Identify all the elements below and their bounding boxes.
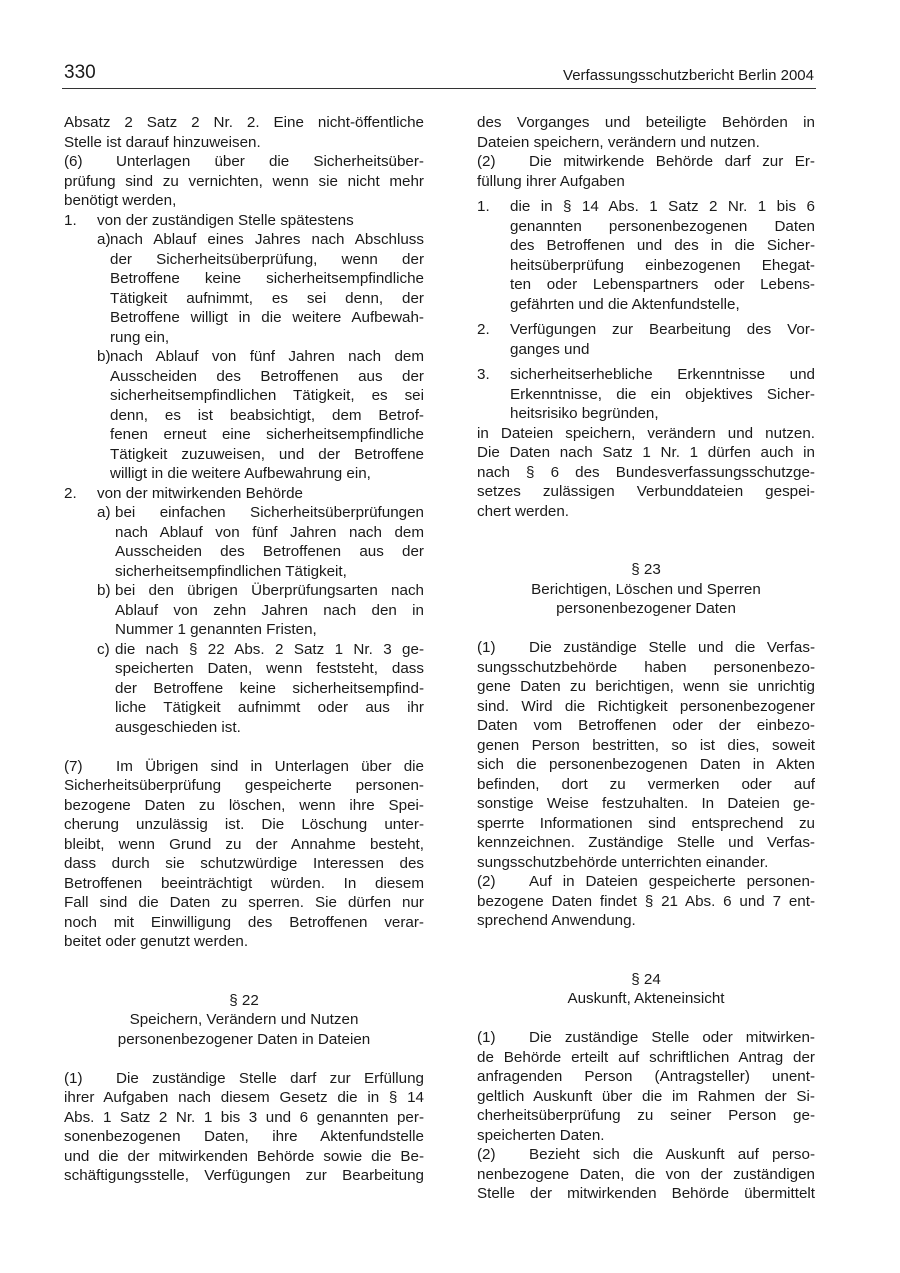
text-line: Stelle der mitwirkenden Behörde übermitt… [477,1184,815,1204]
text-line: cherung unzulässig ist. Die Löschung unt… [64,815,424,835]
text-line: sonstige Weise festzuhalten. In Dateien … [477,794,815,814]
text-line: Absatz 2 Satz 2 Nr. 2. Eine nicht-öffent… [64,113,424,133]
text-line: Erkenntnisse, die ein objektives Sicher- [477,385,815,405]
paragraph-7: (7)Im Übrigen sind in Unterlagen über di… [64,757,424,952]
running-title: Verfassungsschutzbericht Berlin 2004 [563,67,814,84]
list-marker: 2. [477,320,490,340]
paragraph-2: (2)Die mitwirkende Behörde darf zur Er- … [477,152,815,191]
sub-marker: a) [97,230,111,250]
text-line: der Sicherheitsüberprüfung, wenn der [64,250,424,270]
text-line: Fall sind die Daten zu sperren. Sie dürf… [64,893,424,913]
left-column: Absatz 2 Satz 2 Nr. 2. Eine nicht-öffent… [64,113,424,1186]
text-line: nach Ablauf von fünf Jahren nach dem [64,523,424,543]
text-line: Abs. 1 Satz 2 Nr. 1 bis 3 und 6 genannte… [64,1108,424,1128]
text-line: Bezieht sich die Auskunft auf perso- [529,1145,815,1165]
text-line: ausgeschieden ist. [64,718,424,738]
sub-item-1b: b) nach Ablauf von fünf Jahren nach dem … [64,347,424,484]
paragraph-marker: (1) [477,638,529,658]
text-line: gefährten und die Aktenfundstelle, [477,295,815,315]
text-line: bleibt, wenn Grund zu der Annahme besteh… [64,835,424,855]
text-line: Ausscheiden des Betroffenen aus der [64,542,424,562]
text-line: sungsschutzbehörde unterrichten einander… [477,853,815,873]
text-line: Die zuständige Stelle und die Verfas- [529,638,815,658]
text-line: die in § 14 Abs. 1 Satz 2 Nr. 1 bis 6 [477,197,815,217]
text-line: Betroffene willigt in die weitere Aufbew… [64,308,424,328]
section-23-paragraph-1: (1)Die zuständige Stelle und die Verfas-… [477,638,815,872]
text-line: sperrte Informationen sind entsprechend … [477,814,815,834]
text-line: Unterlagen über die Sicherheitsüber- [116,152,424,172]
paragraph-marker: (1) [477,1028,529,1048]
text-line: Ablauf von zehn Jahren nach den in [64,601,424,621]
list-item-2: 2. Verfügungen zur Bearbeitung des Vor- … [477,320,815,359]
paragraph-marker: (2) [477,1145,529,1165]
text-line: rung ein, [64,328,424,348]
list-item-1: 1. die in § 14 Abs. 1 Satz 2 Nr. 1 bis 6… [477,197,815,314]
text-line: Die zuständige Stelle darf zur Erfüllung [116,1069,424,1089]
text-line: Im Übrigen sind in Unterlagen über die [116,757,424,777]
text-line: speicherten Daten. [477,1126,815,1146]
text-line: chert werden. [477,502,815,522]
text-line: beitet oder genutzt werden. [64,932,424,952]
list-marker: 3. [477,365,490,385]
text-line: Die mitwirkende Behörde darf zur Er- [529,152,815,172]
list-item-1: 1. von der zuständigen Stelle spätestens [64,211,424,231]
text-line: heitsrisiko begründen, [477,404,815,424]
section-22-heading: § 22 Speichern, Verändern und Nutzen per… [64,991,424,1050]
text-line: Auf in Dateien gespeicherte personen- [529,872,815,892]
sub-marker: b) [97,347,111,367]
section-23-paragraph-2: (2)Auf in Dateien gespeicherte personen-… [477,872,815,931]
text-line: Nummer 1 genannten Fristen, [64,620,424,640]
text-line: nenbezogene Daten, die von der zuständig… [477,1165,815,1185]
section-title: Auskunft, Akteneinsicht [477,989,815,1009]
text-line: Sicherheitsüberprüfung gespeicherte pers… [64,776,424,796]
text-line: setzes zulässigen Verbunddateien gespei- [477,482,815,502]
section-title: personenbezogener Daten in Dateien [64,1030,424,1050]
list-marker: 1. [477,197,490,217]
text-line: Tätigkeit zuzuweisen, und der Betroffene [64,445,424,465]
text-line: Dateien speichern, verändern und nutzen. [477,133,815,153]
section-title: Speichern, Verändern und Nutzen [64,1010,424,1030]
text-line: bei den übrigen Überprüfungsarten nach [64,581,424,601]
text-line: liche Tätigkeit aufnimmt oder aus ihr [64,698,424,718]
text-line: ihrer Aufgaben nach diesem Gesetz die in… [64,1088,424,1108]
text-line: geltlich Auskunft über die im Rahmen der… [477,1087,815,1107]
text-line: dass durch sie schutzwürdige Interessen … [64,854,424,874]
right-column: des Vorganges und beteiligte Behörden in… [477,113,815,1204]
text-line: des Betroffenen und des in die Sicher- [477,236,815,256]
text-line: fenen erneut eine sicherheitsempfindlich… [64,425,424,445]
text-line: genen Person bestritten, so ist dies, so… [477,736,815,756]
text-line: denn, es ist beabsichtigt, dem Betrof- [64,406,424,426]
text-line: Ausscheiden des Betroffenen aus der [64,367,424,387]
text-line: schäftigungsstelle, Verfügungen zur Bear… [64,1166,424,1186]
text-line: bezogene Daten zu löschen, wenn ihre Spe… [64,796,424,816]
text-line: genannten personenbezogenen Daten [477,217,815,237]
text-line: ganges und [477,340,815,360]
text-line: sich die personenbezogenen Daten in Akte… [477,755,815,775]
sub-marker: a) [97,503,111,523]
text-line: cherheitsüberprüfung zu seiner Person ge… [477,1106,815,1126]
text-line: sungsschutzbehörde haben personenbezo- [477,658,815,678]
text-line: nach § 6 des Bundesverfassungsschutzge- [477,463,815,483]
paragraph-marker: (1) [64,1069,116,1089]
text-line: bei einfachen Sicherheitsüberprüfungen [64,503,424,523]
text-line: nach Ablauf eines Jahres nach Abschluss [64,230,424,250]
section-22-paragraph-1: (1)Die zuständige Stelle darf zur Erfüll… [64,1069,424,1186]
text-line: sind. Wird die Richtigkeit personenbezog… [477,697,815,717]
section-number: § 23 [477,560,815,580]
text-line: von der mitwirkenden Behörde [64,484,424,504]
text-line: Betroffene keine sicherheitsempfindliche [64,269,424,289]
section-title: Berichtigen, Löschen und Sperren [477,580,815,600]
text-line: Die Daten nach Satz 1 Nr. 1 dürfen auch … [477,443,815,463]
paragraph-marker: (7) [64,757,116,777]
text-line: Stelle ist darauf hinzuweisen. [64,133,424,153]
list-marker: 2. [64,484,77,504]
text-line: und die der mitwirkenden Behörde sowie d… [64,1147,424,1167]
page-header: 330 Verfassungsschutzbericht Berlin 2004 [62,62,816,89]
text-line: der Betroffene keine sicherheitsempfind- [64,679,424,699]
section-title: personenbezogener Daten [477,599,815,619]
text-line: de Behörde erteilt auf schriftlichen Ant… [477,1048,815,1068]
text-line: prüfung sind zu vernichten, wenn sie nic… [64,172,424,192]
section-24-paragraph-2: (2)Bezieht sich die Auskunft auf perso- … [477,1145,815,1204]
list-item-3: 3. sicherheitserhebliche Erkenntnisse un… [477,365,815,424]
text-line: des Vorganges und beteiligte Behörden in [477,113,815,133]
sub-item-2c: c) die nach § 22 Abs. 2 Satz 1 Nr. 3 ge-… [64,640,424,738]
sub-item-1a: a) nach Ablauf eines Jahres nach Abschlu… [64,230,424,347]
text-line: kennzeichnen. Zuständige Stelle und Verf… [477,833,815,853]
text-line: benötigt werden, [64,191,424,211]
page-number: 330 [64,62,96,84]
list-marker: 1. [64,211,77,231]
text-line: anfragenden Person (Antragsteller) unent… [477,1067,815,1087]
text-line: füllung ihrer Aufgaben [477,172,815,192]
sub-marker: b) [97,581,111,601]
text-line: sicherheitsempfindlichen Tätigkeit, [64,562,424,582]
text-line: willigt in die weitere Aufbewahrung ein, [64,464,424,484]
text-line: sicherheitserhebliche Erkenntnisse und [477,365,815,385]
section-24-paragraph-1: (1)Die zuständige Stelle oder mitwirken-… [477,1028,815,1145]
text-line: sonenbezogenen Daten, ihre Aktenfundstel… [64,1127,424,1147]
text-line: Tätigkeit aufnimmt, es sei denn, der [64,289,424,309]
text-line: Betroffenen beeinträchtigt würden. In di… [64,874,424,894]
sub-marker: c) [97,640,110,660]
paragraph-6: (6)Unterlagen über die Sicherheitsüber- … [64,152,424,211]
text-line: Verfügungen zur Bearbeitung des Vor- [477,320,815,340]
text-line: Daten vom Betroffenen oder der einbezo- [477,716,815,736]
text-line: gene Daten zu berichtigen, wenn sie unri… [477,677,815,697]
text-line: bezogene Daten findet § 21 Abs. 6 und 7 … [477,892,815,912]
paragraph-marker: (2) [477,152,529,172]
text-line: nach Ablauf von fünf Jahren nach dem [64,347,424,367]
text-line: die nach § 22 Abs. 2 Satz 1 Nr. 3 ge- [64,640,424,660]
text-line: sicherheitsempfindlichen Tätigkeit, es s… [64,386,424,406]
text-line: ten oder Lebenspartners oder Lebens- [477,275,815,295]
section-number: § 24 [477,970,815,990]
paragraph-marker: (2) [477,872,529,892]
text-line: Die zuständige Stelle oder mitwirken- [529,1028,815,1048]
section-number: § 22 [64,991,424,1011]
text-line: befinden, dort zu vermerken oder auf [477,775,815,795]
paragraph-marker: (6) [64,152,116,172]
text-line: sprechend Anwendung. [477,911,815,931]
text-line: von der zuständigen Stelle spätestens [64,211,424,231]
text-line: in Dateien speichern, verändern und nutz… [477,424,815,444]
sub-item-2a: a) bei einfachen Sicherheitsüberprüfunge… [64,503,424,581]
list-item-2: 2. von der mitwirkenden Behörde [64,484,424,504]
sub-item-2b: b) bei den übrigen Überprüfungsarten nac… [64,581,424,640]
closing-text: in Dateien speichern, verändern und nutz… [477,424,815,522]
text-line: noch mit Einwilligung des Betroffenen ve… [64,913,424,933]
section-24-heading: § 24 Auskunft, Akteneinsicht [477,970,815,1009]
text-line: speicherten Daten, wenn feststeht, dass [64,659,424,679]
section-23-heading: § 23 Berichtigen, Löschen und Sperren pe… [477,560,815,619]
text-line: heitsüberprüfung einbezogenen Ehegat- [477,256,815,276]
